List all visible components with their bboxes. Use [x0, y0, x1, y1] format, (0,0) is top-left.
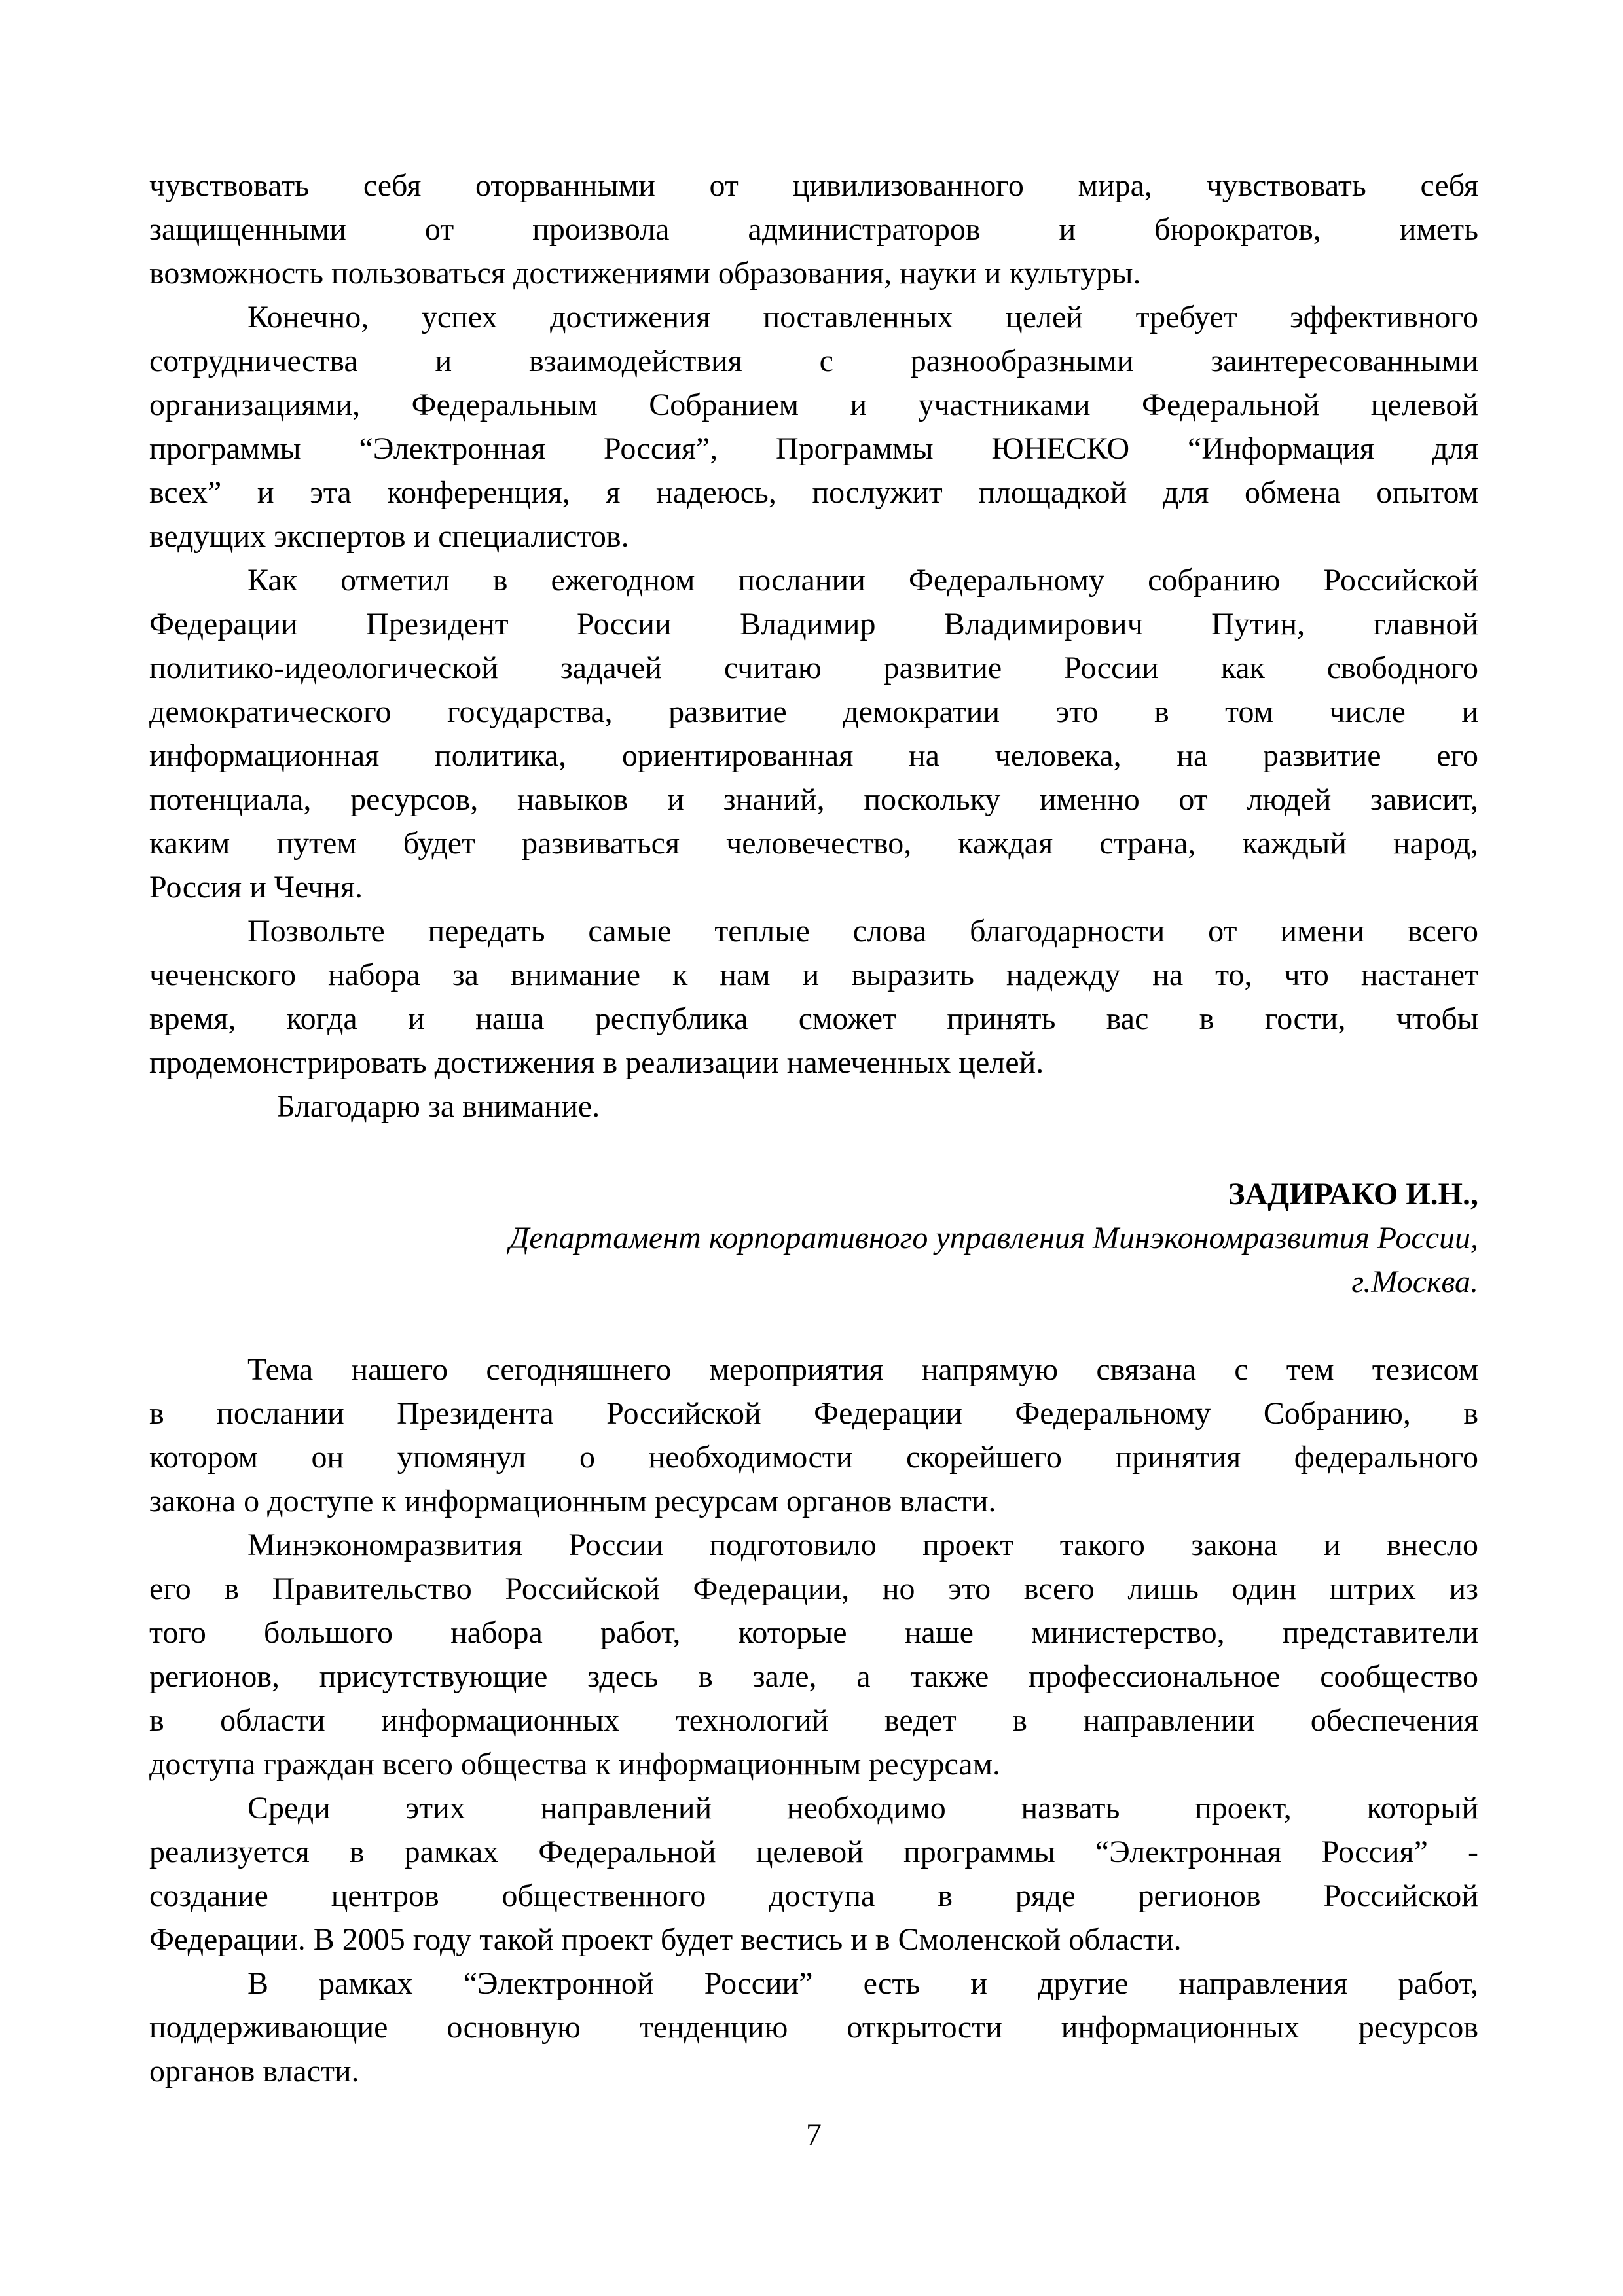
text-line: всех” и эта конференция, я надеюсь, посл…: [149, 471, 1478, 514]
text-line: Среди этих направлений необходимо назват…: [149, 1786, 1478, 1830]
paragraph-3: Как отметил в ежегодном послании Федерал…: [149, 558, 1478, 909]
page-number: 7: [149, 2113, 1478, 2157]
text-line: сотрудничества и взаимодействия с разноо…: [149, 339, 1478, 383]
paragraph-1: чувствовать себя оторванными от цивилизо…: [149, 164, 1478, 295]
signature-organization: Департамент корпоративного управления Ми…: [149, 1216, 1478, 1260]
paragraph-8: Среди этих направлений необходимо назват…: [149, 1786, 1478, 1962]
text-line: Федерации Президент России Владимир Влад…: [149, 602, 1478, 646]
text-line: доступа граждан всего общества к информа…: [149, 1742, 1478, 1786]
text-line: поддерживающие основную тенденцию открыт…: [149, 2005, 1478, 2049]
text-line: время, когда и наша республика сможет пр…: [149, 997, 1478, 1041]
text-line: органов власти.: [149, 2049, 1478, 2093]
text-line: В рамках “Электронной России” есть и дру…: [149, 1962, 1478, 2005]
text-line: реализуется в рамках Федеральной целевой…: [149, 1830, 1478, 1874]
text-line: Благодарю за внимание.: [149, 1085, 1478, 1128]
text-line: Как отметил в ежегодном послании Федерал…: [149, 558, 1478, 602]
text-line: того большого набора работ, которые наше…: [149, 1611, 1478, 1655]
text-line: Россия и Чечня.: [149, 865, 1478, 909]
text-block: чувствовать себя оторванными от цивилизо…: [149, 164, 1478, 2157]
paragraph-9: В рамках “Электронной России” есть и дру…: [149, 1962, 1478, 2093]
text-line: закона о доступе к информационным ресурс…: [149, 1479, 1478, 1523]
text-line: защищенными от произвола администраторов…: [149, 207, 1478, 251]
vertical-gap: [149, 1304, 1478, 1348]
paragraph-7: Минэкономразвития России подготовило про…: [149, 1523, 1478, 1786]
paragraph-6: Тема нашего сегодняшнего мероприятия нап…: [149, 1348, 1478, 1523]
text-line: Позвольте передать самые теплые слова бл…: [149, 909, 1478, 953]
paragraph-5: Благодарю за внимание.: [149, 1085, 1478, 1128]
text-line: возможность пользоваться достижениями об…: [149, 251, 1478, 295]
text-line: информационная политика, ориентированная…: [149, 734, 1478, 778]
signature-city: г.Москва.: [149, 1260, 1478, 1304]
text-line: политико-идеологической задачей считаю р…: [149, 646, 1478, 690]
text-line: его в Правительство Российской Федерации…: [149, 1567, 1478, 1611]
text-line: Конечно, успех достижения поставленных ц…: [149, 295, 1478, 339]
text-line: Минэкономразвития России подготовило про…: [149, 1523, 1478, 1567]
text-line: программы “Электронная Россия”, Программ…: [149, 427, 1478, 471]
paragraph-4: Позвольте передать самые теплые слова бл…: [149, 909, 1478, 1085]
text-line: потенциала, ресурсов, навыков и знаний, …: [149, 778, 1478, 821]
text-line: продемонстрировать достижения в реализац…: [149, 1041, 1478, 1085]
document-page: { "page": { "number": "7" }, "doc": { "p…: [0, 0, 1623, 2296]
signature-name: ЗАДИРАКО И.Н.,: [149, 1172, 1478, 1216]
text-line: демократического государства, развитие д…: [149, 690, 1478, 734]
text-line: в послании Президента Российской Федерац…: [149, 1391, 1478, 1435]
text-line: ведущих экспертов и специалистов.: [149, 514, 1478, 558]
text-line: котором он упомянул о необходимости скор…: [149, 1435, 1478, 1479]
text-line: Федерации. В 2005 году такой проект буде…: [149, 1918, 1478, 1962]
text-line: чеченского набора за внимание к нам и вы…: [149, 953, 1478, 997]
vertical-gap: [149, 1128, 1478, 1172]
text-line: регионов, присутствующие здесь в зале, а…: [149, 1655, 1478, 1698]
signature-block: ЗАДИРАКО И.Н., Департамент корпоративног…: [149, 1172, 1478, 1304]
text-line: каким путем будет развиваться человечест…: [149, 821, 1478, 865]
text-line: создание центров общественного доступа в…: [149, 1874, 1478, 1918]
text-line: организациями, Федеральным Собранием и у…: [149, 383, 1478, 427]
text-line: Тема нашего сегодняшнего мероприятия нап…: [149, 1348, 1478, 1391]
text-line: в области информационных технологий веде…: [149, 1698, 1478, 1742]
text-line: чувствовать себя оторванными от цивилизо…: [149, 164, 1478, 207]
paragraph-2: Конечно, успех достижения поставленных ц…: [149, 295, 1478, 558]
